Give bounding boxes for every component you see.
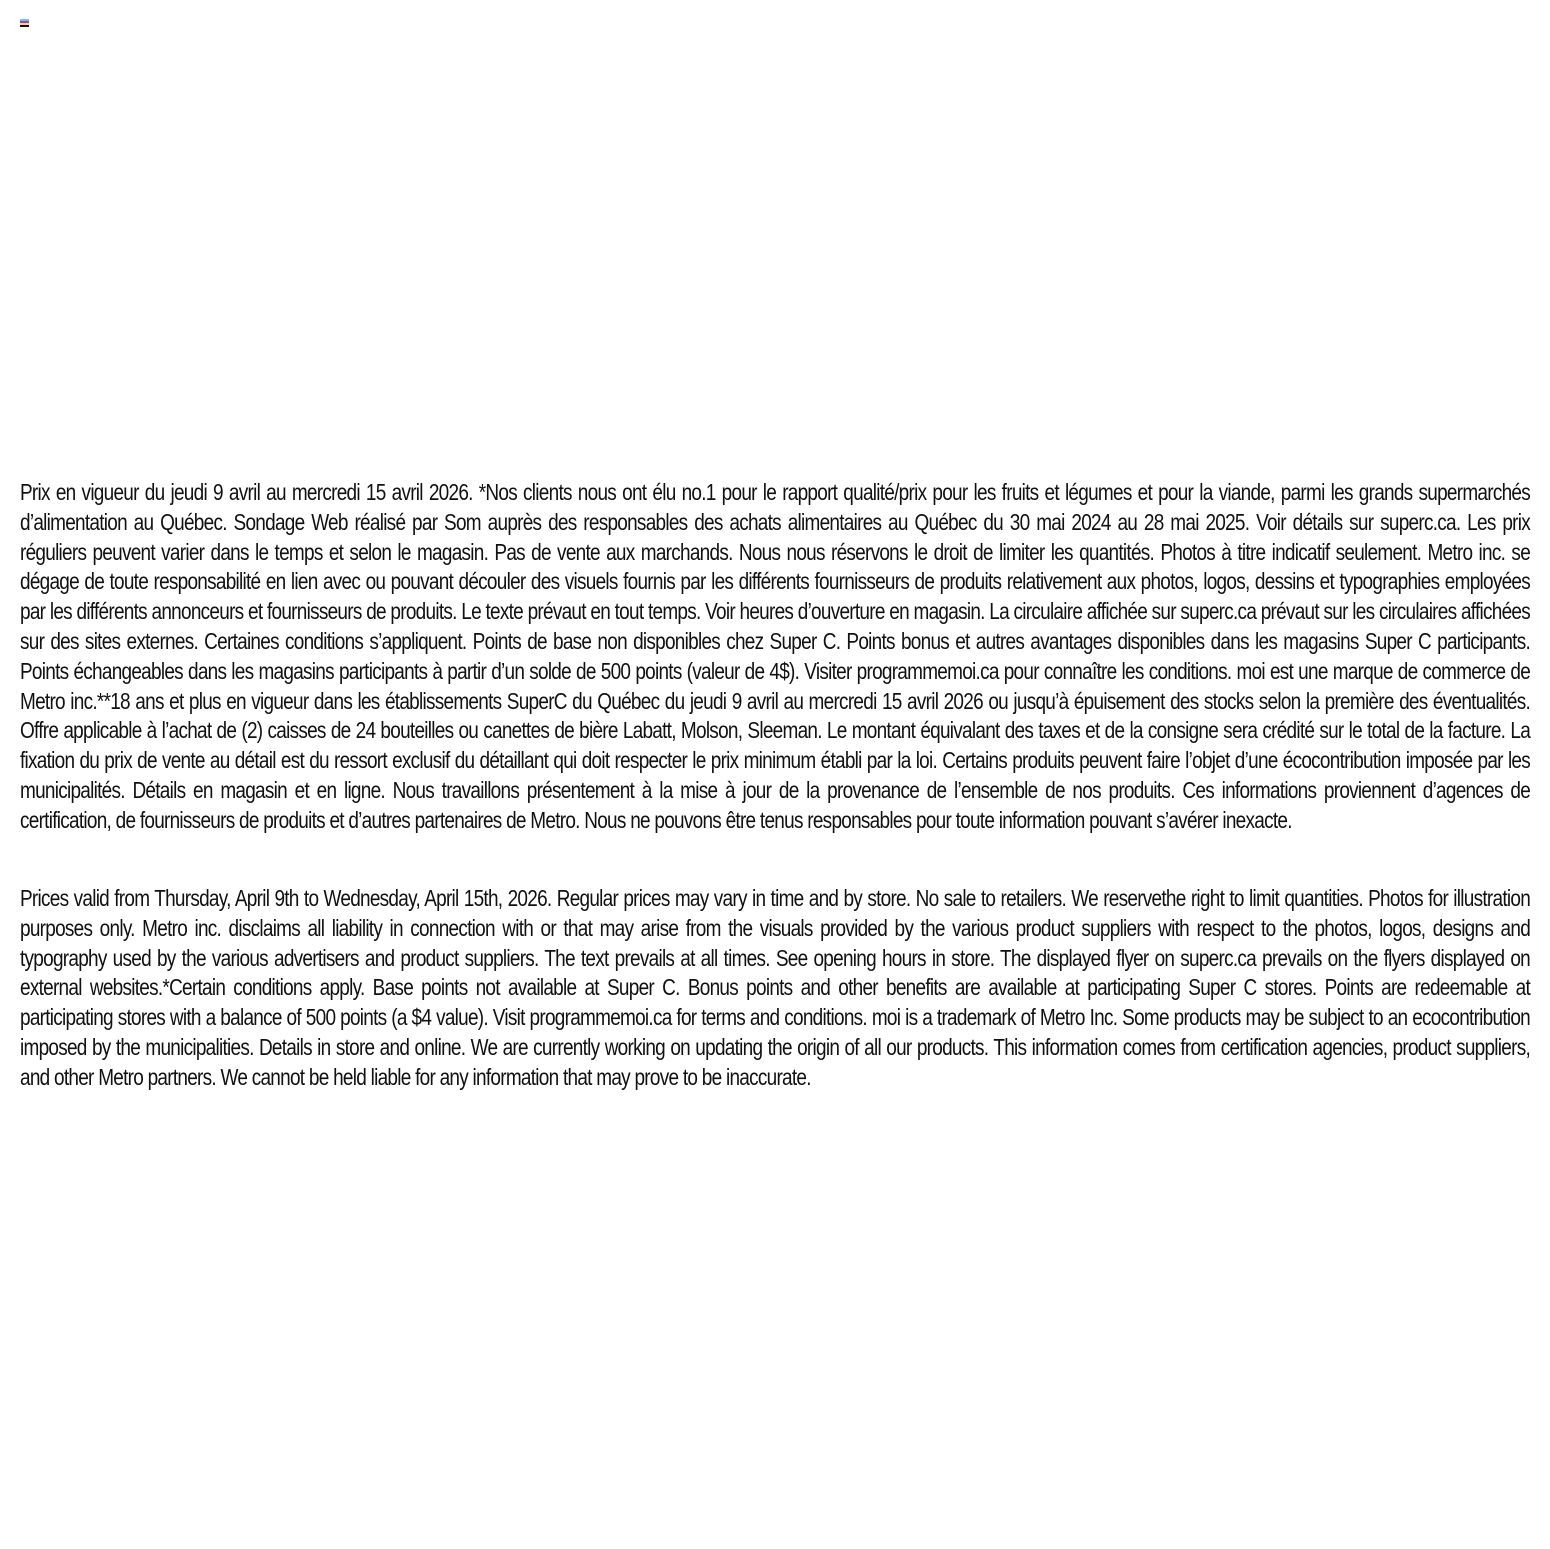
black-bar [20,25,29,27]
legal-text-english: Prices valid from Thursday, April 9th to… [20,884,1530,1094]
legal-text-english-body: Prices valid from Thursday, April 9th to… [20,884,1530,1093]
legal-text-french-body: Prix en vigueur du jeudi 9 avril au merc… [20,478,1530,836]
cmyk-color-bar-icon [20,19,29,27]
legal-text-french: Prix en vigueur du jeudi 9 avril au merc… [20,478,1530,866]
legal-disclaimer: Prix en vigueur du jeudi 9 avril au merc… [20,478,1530,1094]
